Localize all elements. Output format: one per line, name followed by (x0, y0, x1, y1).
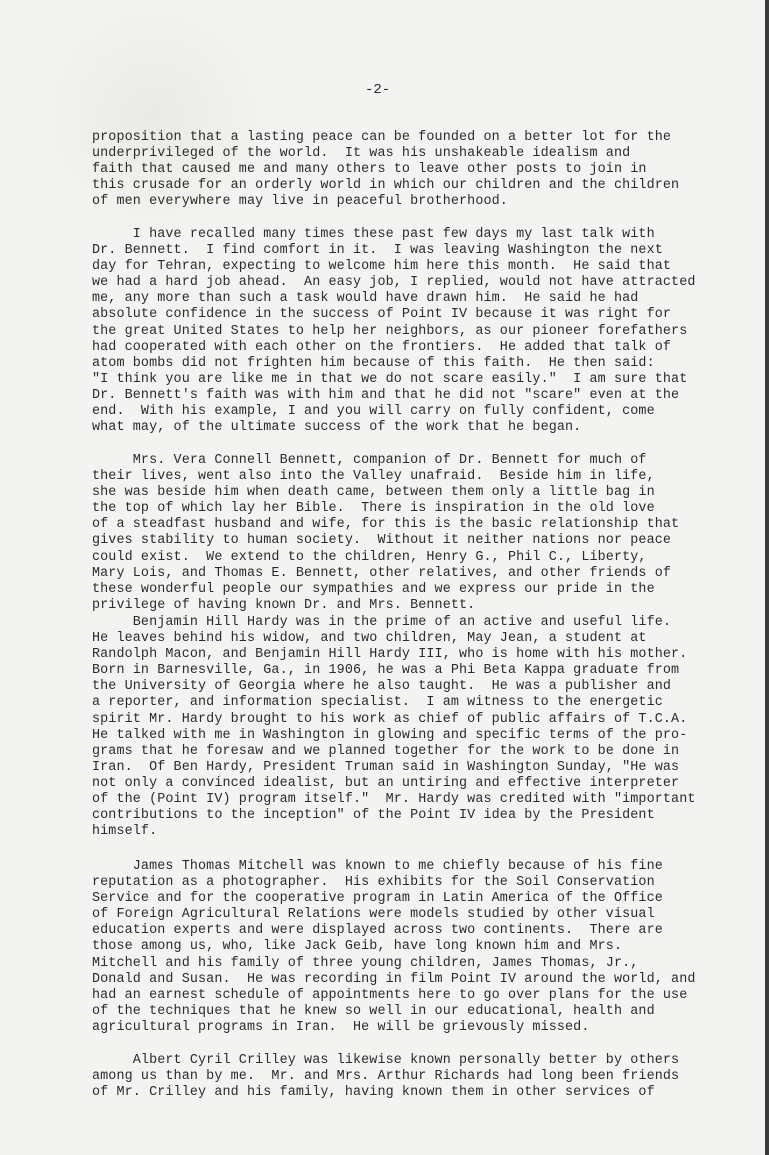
paragraph-1: proposition that a lasting peace can be … (92, 130, 732, 210)
page-edge (765, 0, 769, 1155)
text-line: spirit Mr. Hardy brought to his work as … (92, 712, 732, 728)
text-line: of a steadfast husband and wife, for thi… (92, 517, 732, 533)
text-line: not only a convinced idealist, but an un… (92, 776, 732, 792)
paragraph-3: Mrs. Vera Connell Bennett, companion of … (92, 453, 732, 614)
text-line: what may, of the ultimate success of the… (92, 420, 732, 436)
text-line: Iran. Of Ben Hardy, President Truman sai… (92, 760, 732, 776)
text-line: privilege of having known Dr. and Mrs. B… (92, 598, 732, 614)
text-line: He leaves behind his widow, and two chil… (92, 631, 732, 647)
text-line: had cooperated with each other on the fr… (92, 340, 732, 356)
text-line: a reporter, and information specialist. … (92, 695, 732, 711)
text-line: Mitchell and his family of three young c… (92, 956, 732, 972)
text-line: of men everywhere may live in peaceful b… (92, 194, 732, 210)
text-line: proposition that a lasting peace can be … (92, 130, 732, 146)
text-line: Born in Barnesville, Ga., in 1906, he wa… (92, 663, 732, 679)
text-line: of the (Point IV) program itself." Mr. H… (92, 792, 732, 808)
text-line: grams that he foresaw and we planned tog… (92, 744, 732, 760)
text-line: me, any more than such a task would have… (92, 291, 732, 307)
text-line: Dr. Bennett. I find comfort in it. I was… (92, 243, 732, 259)
text-line: "I think you are like me in that we do n… (92, 372, 732, 388)
text-line: I have recalled many times these past fe… (92, 227, 732, 243)
text-line: of the techniques that he knew so well i… (92, 1004, 732, 1020)
text-line: Donald and Susan. He was recording in fi… (92, 972, 732, 988)
text-line: Mary Lois, and Thomas E. Bennett, other … (92, 566, 732, 582)
text-line: the University of Georgia where he also … (92, 679, 732, 695)
text-line: Dr. Bennett's faith was with him and tha… (92, 388, 732, 404)
text-line: this crusade for an orderly world in whi… (92, 178, 732, 194)
text-line: Service and for the cooperative program … (92, 891, 732, 907)
text-line: atom bombs did not frighten him because … (92, 356, 732, 372)
text-line: gives stability to human society. Withou… (92, 533, 732, 549)
text-line: agricultural programs in Iran. He will b… (92, 1020, 732, 1036)
text-line: Albert Cyril Crilley was likewise known … (92, 1053, 732, 1069)
text-line: the top of which lay her Bible. There is… (92, 501, 732, 517)
text-line: had an earnest schedule of appointments … (92, 988, 732, 1004)
text-line: Benjamin Hill Hardy was in the prime of … (92, 615, 732, 631)
text-line: absolute confidence in the success of Po… (92, 307, 732, 323)
text-line: of Mr. Crilley and his family, having kn… (92, 1085, 732, 1101)
text-line: those among us, who, like Jack Geib, hav… (92, 939, 732, 955)
paragraph-4: Benjamin Hill Hardy was in the prime of … (92, 615, 732, 840)
document-page: -2- proposition that a lasting peace can… (0, 0, 765, 1155)
text-line: among us than by me. Mr. and Mrs. Arthur… (92, 1069, 732, 1085)
paragraph-2: I have recalled many times these past fe… (92, 227, 732, 436)
page-number: -2- (365, 82, 390, 98)
text-line: He talked with me in Washington in glowi… (92, 728, 732, 744)
text-line: James Thomas Mitchell was known to me ch… (92, 859, 732, 875)
text-line: of Foreign Agricultural Relations were m… (92, 907, 732, 923)
text-line: we had a hard job ahead. An easy job, I … (92, 275, 732, 291)
text-line: faith that caused me and many others to … (92, 162, 732, 178)
text-line: education experts and were displayed acr… (92, 923, 732, 939)
text-line: the great United States to help her neig… (92, 324, 732, 340)
text-line: day for Tehran, expecting to welcome him… (92, 259, 732, 275)
text-line: their lives, went also into the Valley u… (92, 469, 732, 485)
text-line: contributions to the inception" of the P… (92, 808, 732, 824)
text-line: end. With his example, I and you will ca… (92, 404, 732, 420)
text-line: she was beside him when death came, betw… (92, 485, 732, 501)
paragraph-5: James Thomas Mitchell was known to me ch… (92, 859, 732, 1036)
text-line: could exist. We extend to the children, … (92, 550, 732, 566)
text-line: Randolph Macon, and Benjamin Hill Hardy … (92, 647, 732, 663)
text-line: reputation as a photographer. His exhibi… (92, 875, 732, 891)
text-line: Mrs. Vera Connell Bennett, companion of … (92, 453, 732, 469)
text-line: himself. (92, 824, 732, 840)
text-line: these wonderful people our sympathies an… (92, 582, 732, 598)
paragraph-6: Albert Cyril Crilley was likewise known … (92, 1053, 732, 1101)
text-line: underprivileged of the world. It was his… (92, 146, 732, 162)
